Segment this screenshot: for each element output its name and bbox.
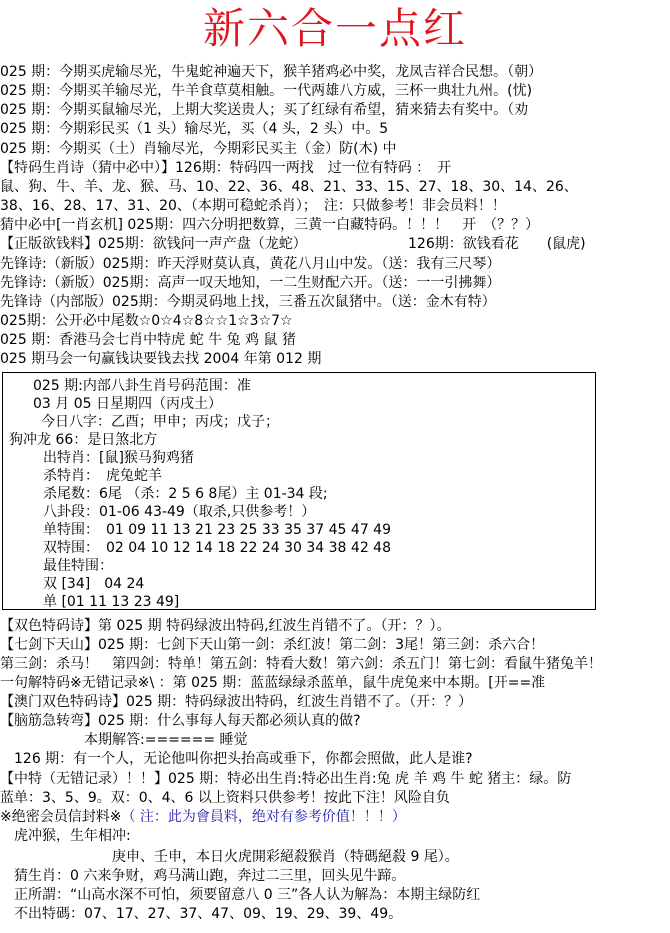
text-line: 025 期：今期买鼠输尽光，上期大奖送贵人；买了红绿有希望，猜来猜去有奖中。（劝 [0, 101, 528, 120]
text-line: 025 期马会一句赢钱诀要钱去找 2004 年第 012 期 [0, 350, 321, 369]
bagua-box: 025 期:内部八卦生肖号码范围：准 03 月 05 日星期四（丙戌土） 今日八… [2, 372, 596, 610]
text-line: 【澳门双色特码诗】025 期：特码绿波出特码，红波生肖错不了。（开：？） [0, 693, 472, 712]
box-line: 狗冲龙 66：是日煞北方 [9, 431, 157, 450]
members-label: ※绝密会员信封料※ [0, 809, 121, 825]
text-line: 正所謂：“山高水深不可怕，须要留意八 0 三”各人认为解為：本期主绿防红 [0, 886, 480, 905]
box-line: 最佳特围： [43, 557, 113, 576]
box-line: 025 期:内部八卦生肖号码范围：准 [33, 377, 251, 396]
text-line: 【中特（无错记录）！！】025 期：特必出生肖:特必出生肖:兔 虎 羊 鸡 牛 … [0, 770, 571, 789]
box-line: 单特围： 01 09 11 13 21 23 25 33 35 37 45 47… [43, 521, 391, 540]
box-line: 出特肖：[鼠]猴马狗鸡猪 [43, 449, 194, 468]
text-line: 第三剑：杀马！ 第四剑：特单！第五剑：特看大数！第六剑：杀五门！第七剑：看鼠牛猪… [0, 655, 602, 674]
box-line: 双 [34] 04 24 [43, 575, 144, 594]
text-line: 庚申、壬申，本日火虎開彩絕殺猴肖（特碼絕殺 9 尾）。 [0, 848, 459, 867]
box-line: 单 [01 11 13 23 49] [43, 593, 179, 612]
text-line: 虎冲猴，生年相冲: [0, 827, 131, 846]
box-line: 杀尾数：6尾 （杀：2 5 6 8尾）主 01-34 段; [43, 485, 328, 504]
text-line: 【七剑下天山】025 期：七剑下天山第一剑：杀红波！第二剑：3尾！第三剑：杀六合… [0, 636, 544, 655]
text-line: 025 期：今期彩民买（1 头）输尽光，买（4 头，2 头）中。5 [0, 120, 388, 139]
text-line: 025期：公开必中尾数☆0☆4☆8☆☆1☆3☆7☆ [0, 312, 293, 331]
text-line: 【脑筋急转弯】025 期：什么事每人每天都必须认真的做? [0, 712, 361, 731]
members-note: （ 注：此为會員料，绝对有参考价值！！！） [121, 809, 405, 825]
text-line: 不出特碼：07、17、27、37、47、09、19、29、39、49。 [0, 905, 402, 924]
text-line: 先锋诗:（新版）025期：高声一叹天地知，一二生财配六开。（送：一一引拂舞） [0, 274, 500, 293]
text-line: 025 期：今期买（土）肖输尽光，今期彩民买主（金）防(木) 中 [0, 140, 397, 159]
members-line: ※绝密会员信封料※（ 注：此为會員料，绝对有参考价值！！！） [0, 808, 406, 827]
text-line: 蓝单：3、5、9。双：0、4、6 以上资料只供参考！按此下注！风险自负 [0, 789, 450, 808]
text-line: 【特码生肖诗（猜中必中）】126期：特码四一两找 过一位有特码 ： 开 [0, 159, 451, 178]
box-line: 八卦段：01-06 43-49（取杀,只供参考！） [43, 503, 315, 522]
text-line: 【双色特码诗】第 025 期 特码绿波出特码,红波生肖错不了。（开：？）。 [0, 617, 451, 636]
box-line: 03 月 05 日星期四（丙戌土） [33, 395, 222, 414]
text-line: 025 期：今期买虎输尽光，牛鬼蛇神遍天下，猴羊猪鸡必中奖，龙凤吉祥合民想。（朝… [0, 63, 542, 82]
text-line: 先锋诗（内部版）025期：今期灵码地上找，三番五次鼠猪中。（送：金木有特） [0, 293, 496, 312]
text-line: 猜生肖：0 六来争财，鸡马满山跑，奔过二三里，回头见牛蹄。 [0, 867, 405, 886]
box-line: 双特围： 02 04 10 12 14 18 22 24 30 34 38 42… [43, 539, 391, 558]
box-line: 杀特肖： 虎兔蛇羊 [43, 467, 162, 486]
text-line: 025 期：香港马会七肖中特虎 蛇 牛 兔 鸡 鼠 猪 [0, 331, 296, 350]
text-line: 先锋诗:（新版）025期：昨天浮财莫认真，黄花八月山中发。（送：我有三尺琴） [0, 255, 500, 274]
text-line: 猜中必中[一肖玄机] 025期：四六分明把数算，三黄一白藏特码。！！！ 开 （？… [0, 216, 539, 235]
text-line: 025 期：今期买羊输尽光，牛羊食草莫相触。一代两雄八方威，三杯一典壮九州。(忧… [0, 82, 532, 101]
text-line: 126 期：有一个人，无论他叫你把头抬高或垂下，你都会照做，此人是谁? [0, 750, 473, 769]
text-line: 一句解特码※无错记录※\ ：第 025 期：蓝蓝绿绿杀蓝单，鼠牛虎兔来中本期。[… [0, 674, 545, 693]
text-line: 本期解答:====== 睡觉 [0, 731, 248, 750]
text-line: 38、16、28、17、31、20、（本期可稳蛇杀肖）； 注：只做参考！非会员料… [0, 197, 506, 216]
zhengban-right: 126期：欲钱看花 (鼠虎) [408, 235, 586, 254]
text-line: 鼠、狗、牛、羊、龙、猴、马、10、22、36、48、21、33、15、27、18… [0, 178, 578, 197]
box-line: 今日八字：乙酉；甲申；丙戌；戊子； [41, 413, 279, 432]
zhengban-left: 【正版欲钱料】025期：欲钱问一声产盘（龙蛇） [0, 235, 307, 254]
page-title: 新六合一点红 [0, 2, 670, 56]
